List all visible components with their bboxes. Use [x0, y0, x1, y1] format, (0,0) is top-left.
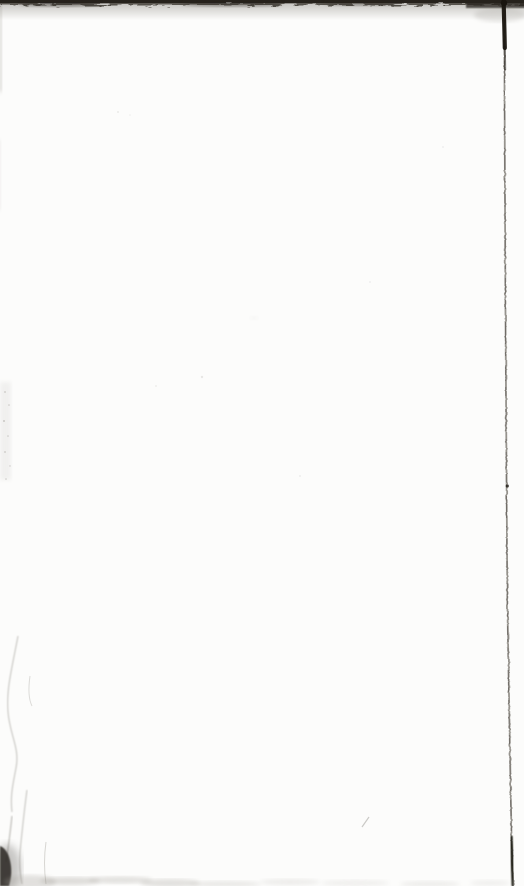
speckle-dot: [117, 111, 119, 113]
mottle-patch: [470, 880, 510, 886]
left-speckle-patch: [0, 382, 11, 480]
speckle-dot: [442, 146, 444, 148]
speckle-dot: [155, 385, 157, 387]
speckle-dot: [129, 114, 131, 116]
left-edge-shade-lower: [0, 140, 1, 210]
mottle-patch: [260, 879, 320, 885]
speckle-dot: [4, 451, 6, 453]
speckle-dot: [5, 478, 7, 480]
scanned-blank-page: [0, 0, 524, 886]
right-page-edge-top-blob: [501, 0, 507, 6]
right-page-edge-top-dark: [504, 0, 505, 48]
speckle-dot: [4, 391, 6, 393]
speckle-dot: [299, 475, 301, 477]
top-right-corner-smudge: [474, 8, 524, 22]
scan-artifacts-layer: [0, 0, 524, 886]
speckle-dot: [3, 420, 5, 422]
speckle-dot: [369, 281, 371, 283]
speckle-dot: [7, 435, 9, 437]
speckle-dot: [8, 404, 10, 406]
right-page-edge-bottom-dark: [511, 836, 513, 886]
right-page-edge-blotch: [506, 484, 509, 487]
top-right-corner-dark: [466, 0, 524, 8]
speckle-dot: [9, 465, 10, 466]
speckle-smudge: [250, 316, 258, 320]
paper-background: [0, 0, 524, 886]
speckle-dot: [201, 376, 203, 378]
mottle-patch: [321, 880, 389, 886]
